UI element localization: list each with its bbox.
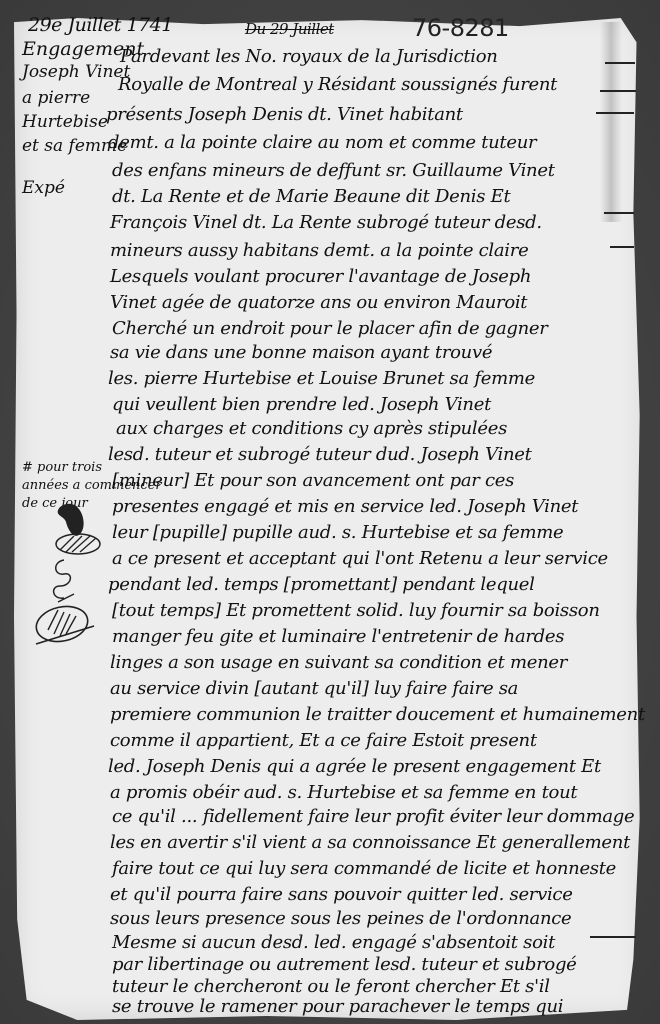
body-line: presentes engagé et mis en service led. … <box>112 496 578 517</box>
body-line: présents Joseph Denis dt. Vinet habitant <box>106 104 463 125</box>
body-line: aux charges et conditions cy après stipu… <box>116 418 507 439</box>
body-line: premiere communion le traitter doucement… <box>110 704 645 725</box>
body-line: sa vie dans une bonne maison ayant trouv… <box>110 342 492 363</box>
body-line: Royalle de Montreal y Résidant soussigné… <box>118 74 557 95</box>
oval-signature-paraph-icon <box>30 600 100 650</box>
body-line: François Vinel dt. La Rente subrogé tute… <box>110 212 542 233</box>
paper-fold-shadow <box>600 22 622 222</box>
struck-heading: Du 29 Juillet <box>245 20 334 38</box>
body-line: au service divin [autant qu'il] luy fair… <box>110 678 518 699</box>
body-line: linges a son usage en suivant sa conditi… <box>110 652 567 673</box>
margin-note-expedition: Expé <box>22 178 65 198</box>
body-line: comme il appartient, Et a ce faire Estoi… <box>110 730 537 751</box>
body-line: dt. La Rente et de Marie Beaune dit Deni… <box>112 186 510 207</box>
body-line: sous leurs presence sous les peines de l… <box>110 908 571 929</box>
body-line: a ce present et acceptant qui l'ont Rete… <box>112 548 608 569</box>
body-line: a promis obéir aud. s. Hurtebise et sa f… <box>110 782 577 803</box>
document-date: 29e Juillet 1741 <box>28 14 173 36</box>
body-line: lesd. tuteur et subrogé tuteur dud. Jose… <box>108 444 532 465</box>
line-filler-dash <box>600 90 636 92</box>
body-line: [tout temps] Et promettent solid. luy fo… <box>112 600 600 621</box>
line-filler-dash <box>604 212 634 214</box>
body-line: led. Joseph Denis qui a agrée le present… <box>108 756 601 777</box>
line-filler-dash <box>605 62 635 64</box>
body-line: les en avertir s'il vient a sa connoissa… <box>110 832 630 853</box>
line-filler-dash <box>610 246 634 248</box>
body-line: [mineur] Et pour son avancement ont par … <box>112 470 514 491</box>
body-line: pendant led. temps [promettant] pendant … <box>108 574 535 595</box>
body-line: Lesquels voulant procurer l'avantage de … <box>110 266 531 287</box>
body-line: se trouve le ramener pour parachever le … <box>112 996 563 1017</box>
body-line: par libertinage ou autrement lesd. tuteu… <box>112 954 577 975</box>
body-line: mineurs aussy habitans demt. a la pointe… <box>110 240 528 261</box>
body-line: des enfans mineurs de deffunt sr. Guilla… <box>112 160 555 181</box>
body-line: manger feu gite et luminaire l'entreteni… <box>112 626 564 647</box>
body-line: Vinet agée de quatorze ans ou environ Ma… <box>110 292 527 313</box>
body-line: faire tout ce qui luy sera commandé de l… <box>112 858 616 879</box>
body-line: demt. a la pointe claire au nom et comme… <box>108 132 536 153</box>
margin-note-master: Hurtebise <box>22 112 108 132</box>
body-line: Cherché un endroit pour le placer afin d… <box>112 318 548 339</box>
body-line: Mesme si aucun desd. led. engagé s'absen… <box>112 932 555 953</box>
line-filler-dash <box>590 936 636 938</box>
body-line: Pardevant les No. royaux de la Jurisdict… <box>120 46 498 67</box>
margin-note-to: a pierre <box>22 88 90 108</box>
archive-number: 76-8281 <box>412 14 509 42</box>
body-line: qui veullent bien prendre led. Joseph Vi… <box>112 394 491 415</box>
looped-paraph-icon <box>44 556 84 606</box>
body-line: les. pierre Hurtebise et Louise Brunet s… <box>108 368 535 389</box>
margin-note-name: Joseph Vinet <box>22 62 130 82</box>
body-line: tuteur le chercheront ou le feront cherc… <box>112 976 550 997</box>
line-filler-dash <box>596 112 634 114</box>
margin-addition-1: # pour trois <box>22 460 102 475</box>
body-line: leur [pupille] pupille aud. s. Hurtebise… <box>112 522 563 543</box>
body-line: ce qu'il ... fidellement faire leur prof… <box>112 806 634 827</box>
body-line: et qu'il pourra faire sans pouvoir quitt… <box>110 884 573 905</box>
